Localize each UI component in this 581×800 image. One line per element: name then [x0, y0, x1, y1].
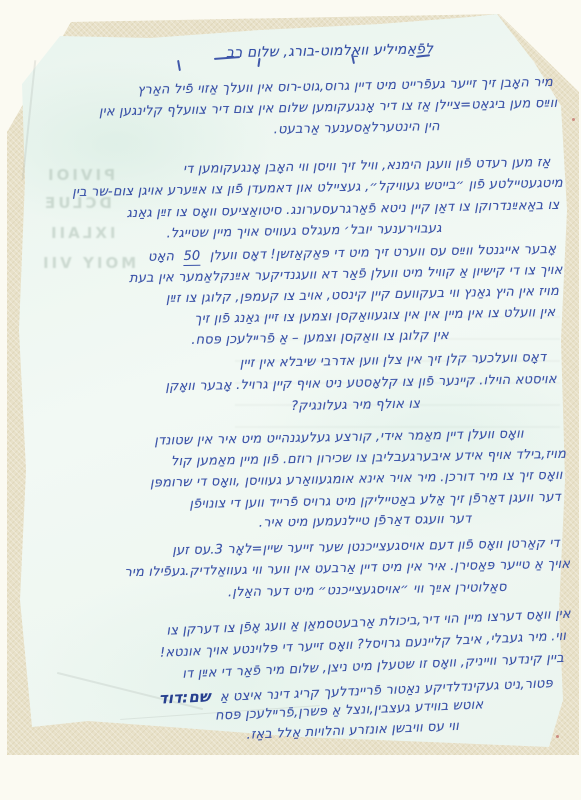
- letter-line: אין וועלט צו אין מיין אין אין צוגעוואַקס…: [194, 305, 555, 328]
- letter-final-line: ווי עס וויבשן אונזרע והלויות אַלל באַז.: [246, 719, 459, 743]
- handwriting-layer: לפֿאַמיליע וואַלמוט-בורג, שלום רב מיר הא…: [0, 0, 581, 800]
- letter-line-with-underlined-number: אָבער אייגנטל ווײַס עס ווערט זיך מיט די …: [148, 242, 557, 265]
- letter-line: וואָס זיך צו מיר דורכן. מיר אויר אינא או…: [150, 468, 563, 492]
- letter-line: געבוירענער יובל׳ מעגלס געוויס אויך מיין …: [166, 221, 442, 242]
- letter-line: דער וועגס דאַרפֿן טיילנעמען מיט איר.: [259, 512, 472, 532]
- letter-line: הין הינטערלאַסענער אַרבעט.: [274, 119, 440, 138]
- letter-line: מויז אין היץ גאַנץ ווי בעקוועם קיין קינס…: [166, 284, 559, 307]
- emphasized-name: שם:דוד: [158, 687, 210, 707]
- line-text: אָבער אייגנטל ווײַס עס ווערט זיך מיט די …: [210, 242, 557, 264]
- letter-line: אויסטא הוילו. קיינער פֿון צו קלאָסטע ניט…: [165, 372, 557, 395]
- letter-line: אַז מען רעדט פֿון וועגן הימנא, וויל זיך …: [183, 155, 551, 178]
- letter-line: אויך אַ טייער פּאַסירן. איר אין מיט דיין…: [124, 557, 570, 581]
- letter-line: אין קלוגן צו וואַקסן וצמען – אַ פֿרײלעכן…: [191, 328, 449, 349]
- letter-line: מויז,בילד אויף אידע איבערגעבליבן צו שכיר…: [171, 447, 566, 470]
- letter-line: סאַלוטירן אײַך ווי ״אויסגעצייכנט״ מיט דע…: [228, 580, 507, 601]
- letter-line: וואָס וועלן דיין מאַמר אידי, קורצע געלעג…: [154, 427, 524, 450]
- letter-line: צו אולף מיר געלונגיק?: [291, 397, 420, 415]
- letter-line: מיטגעטיילטע פֿון ״בייטש געוויקל״, געצייל…: [72, 176, 563, 201]
- letter-line: די קאַרטן וואָס פֿון דעם אויסגעצייכנטן ש…: [172, 536, 560, 559]
- letter-line: אויך צו די קישיון אַ קוויל מיט וועלן פֿא…: [129, 263, 563, 287]
- line-text: האָט: [148, 249, 175, 265]
- letter-greeting-line: לפֿאַמיליע וואַלמוט-בורג, שלום רב: [226, 41, 434, 62]
- letter-line: מיר האָבן זיך זייער געפֿרייט מיט דיין גר…: [137, 75, 553, 99]
- letter-line: ווײַס מען ביגאַט=ציילן אַז צו דיר אָנגעק…: [99, 96, 558, 120]
- underlined-number-50: 50: [183, 249, 200, 266]
- letter-line: דאָס וועלכער קלן זיך אין צלן ווען אדרבי …: [240, 350, 547, 371]
- letter-line: דער וועגן דאַרפֿן זיך אַלע באַטייליקן מי…: [189, 490, 561, 513]
- letter-line: צו באַאײַנדרוקן צו דאַן קיין ניטא פֿאַרג…: [126, 198, 559, 222]
